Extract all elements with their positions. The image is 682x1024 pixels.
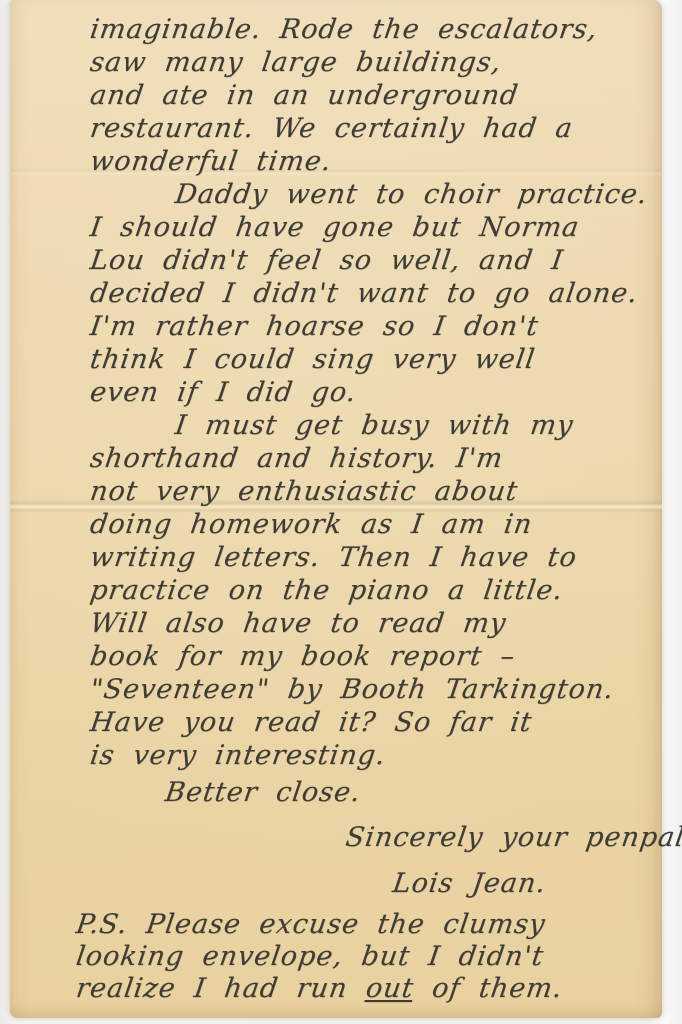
- letter-line: shorthand and history. I'm: [88, 442, 659, 475]
- letter-line: saw many large buildings,: [88, 46, 659, 79]
- letter-line-text: saw many large buildings,: [88, 47, 503, 78]
- letter-line-text: wonderful time.: [88, 146, 334, 177]
- letter-line: Lou didn't feel so well, and I: [88, 244, 659, 277]
- letter-line: practice on the piano a little.: [88, 574, 659, 607]
- letter-line-text: practice on the piano a little.: [88, 575, 565, 606]
- letter-line-text: is very interesting.: [88, 740, 388, 771]
- letter-line-text: looking envelope, but I didn't: [74, 941, 546, 972]
- letter-line: looking envelope, but I didn't: [74, 941, 658, 973]
- letter-line-text: imaginable. Rode the escalators,: [88, 14, 600, 45]
- letter-line-text: Lois Jean.: [391, 868, 548, 899]
- letter-line-text: restaurant. We certainly had a: [88, 113, 575, 144]
- letter-line-text: Have you read it? So far it: [88, 707, 534, 738]
- letter-body: imaginable. Rode the escalators,saw many…: [88, 13, 654, 1005]
- letter-line-text: Daddy went to choir practice.: [173, 179, 650, 210]
- letter-line-text: book for my book report –: [88, 641, 517, 672]
- letter-line: doing homework as I am in: [88, 508, 659, 541]
- letter-line: book for my book report –: [88, 640, 659, 673]
- letter-line-text: shorthand and history. I'm: [88, 443, 505, 474]
- letter-line-text: of them.: [412, 973, 565, 1004]
- letter-line: imaginable. Rode the escalators,: [88, 13, 659, 46]
- letter-line: I'm rather hoarse so I don't: [88, 310, 659, 343]
- letter-line-text: not very enthusiastic about: [88, 476, 520, 507]
- letter-line: even if I did go.: [88, 376, 659, 409]
- letter-line-text: doing homework as I am in: [88, 509, 534, 540]
- letter-line-text: I should have gone but Norma: [88, 212, 581, 243]
- letter-line: Have you read it? So far it: [88, 706, 659, 739]
- letter-line-text: Better close.: [163, 777, 363, 808]
- letter-line-text: writing letters. Then I have to: [88, 542, 579, 573]
- letter-line-text: and ate in an underground: [88, 80, 520, 111]
- letter-line-text: think I could sing very well: [88, 344, 537, 375]
- letter-line: P.S. Please excuse the clumsy: [74, 909, 658, 941]
- letter-line: realize I had run out of them.: [74, 973, 658, 1005]
- letter-line: Sincerely your penpal,: [343, 818, 660, 858]
- letter-line-text: Sincerely your penpal,: [344, 822, 682, 853]
- letter-line: is very interesting.: [88, 739, 659, 772]
- letter-line: Will also have to read my: [88, 607, 659, 640]
- letter-line: and ate in an underground: [88, 79, 659, 112]
- letter-line-text: realize I had run: [74, 973, 368, 1004]
- letter-line: wonderful time.: [88, 145, 659, 178]
- letter-line-text: I must get busy with my: [173, 410, 575, 441]
- letter-line-text: Lou didn't feel so well, and I: [88, 245, 565, 276]
- letter-line-text: I'm rather hoarse so I don't: [88, 311, 541, 342]
- letter-line: I should have gone but Norma: [88, 211, 659, 244]
- scanned-letter-background: imaginable. Rode the escalators,saw many…: [0, 0, 682, 1024]
- letter-line: not very enthusiastic about: [88, 475, 659, 508]
- letter-line: Daddy went to choir practice.: [173, 178, 659, 211]
- letter-line-text: Will also have to read my: [88, 608, 508, 639]
- letter-paper: imaginable. Rode the escalators,saw many…: [10, 0, 662, 1018]
- letter-line: decided I didn't want to go alone.: [88, 277, 659, 310]
- letter-line-text: decided I didn't want to go alone.: [88, 278, 640, 309]
- letter-line: Lois Jean.: [390, 864, 660, 904]
- letter-line-text: "Seventeen" by Booth Tarkington.: [88, 674, 616, 705]
- letter-line: Better close.: [163, 776, 659, 809]
- letter-line: "Seventeen" by Booth Tarkington.: [88, 673, 659, 706]
- letter-line-text: even if I did go.: [88, 377, 358, 408]
- letter-line: restaurant. We certainly had a: [88, 112, 659, 145]
- letter-line: think I could sing very well: [88, 343, 659, 376]
- letter-line-text: P.S. Please excuse the clumsy: [74, 909, 547, 940]
- underlined-word: out: [364, 973, 416, 1004]
- letter-line: writing letters. Then I have to: [88, 541, 659, 574]
- letter-line: I must get busy with my: [173, 409, 659, 442]
